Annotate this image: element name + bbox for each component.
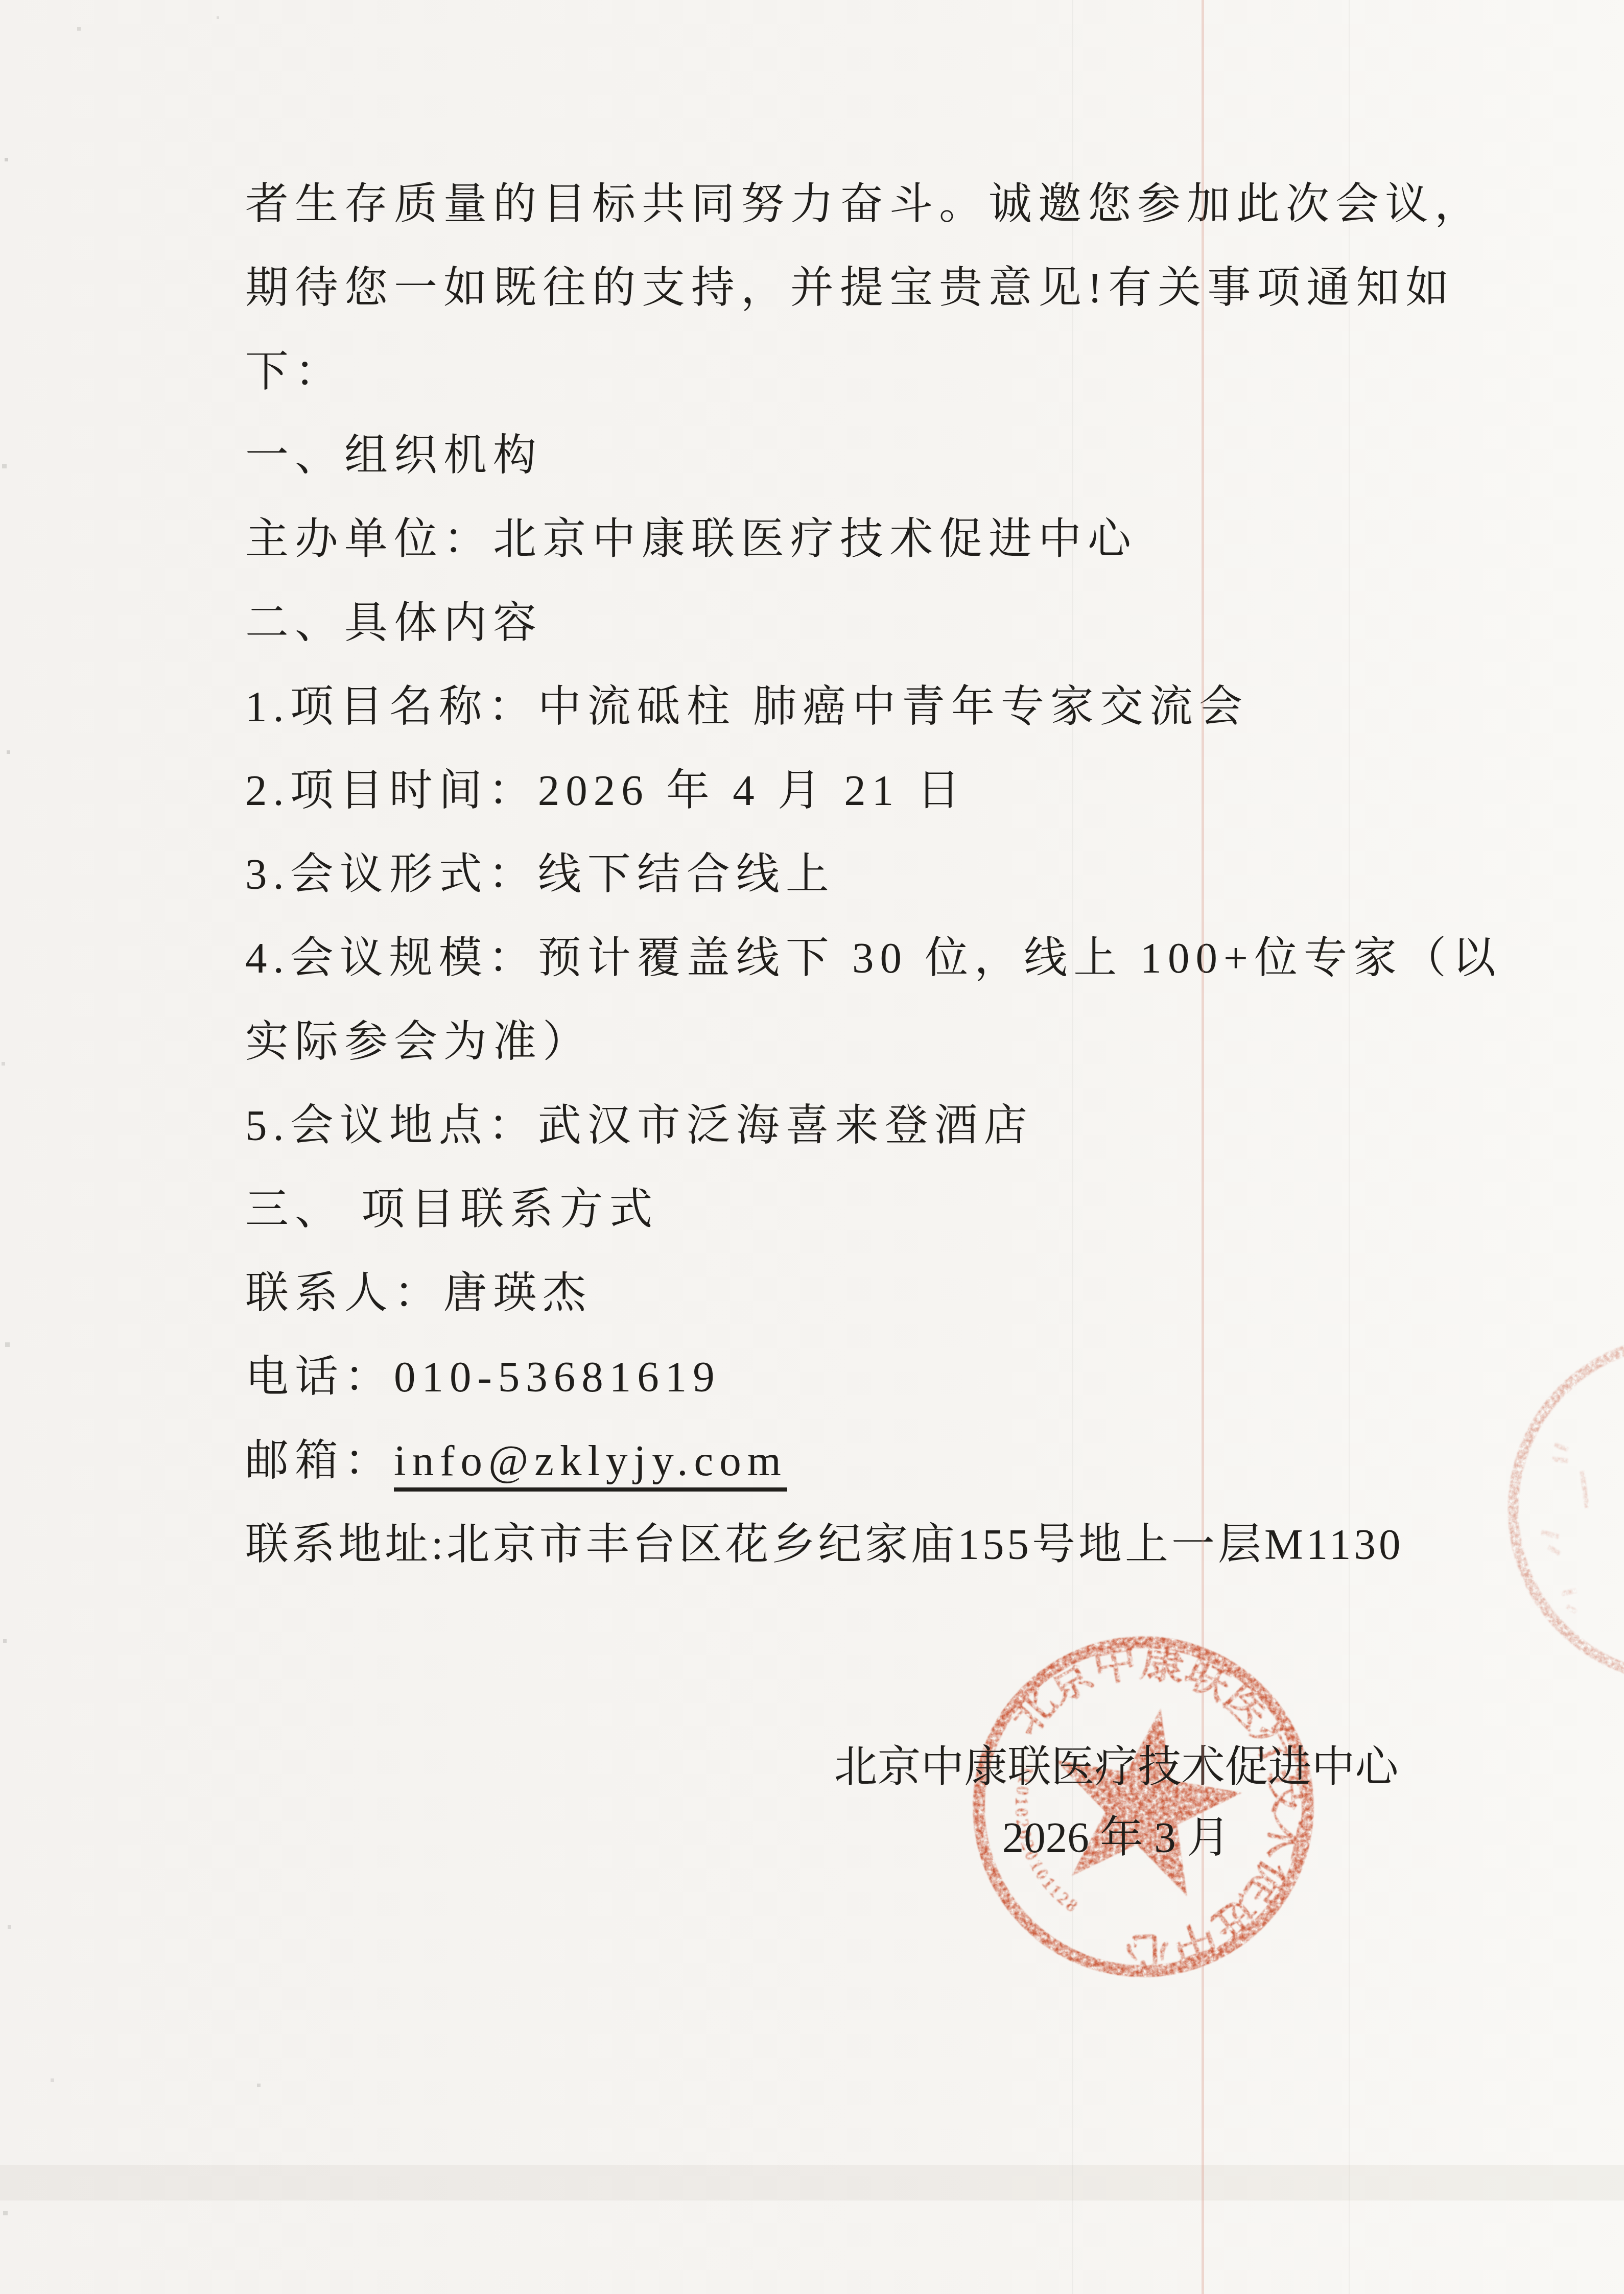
- email-label: 邮箱：: [245, 1437, 394, 1485]
- body-line: 期待您一如既往的支持，并提宝贵意见!有关事项通知如: [245, 246, 1522, 330]
- scanned-document-page: { "document": { "body_lines": [ { "text"…: [0, 0, 1624, 2294]
- signature-org: 北京中康联医疗技术促进中心: [833, 1732, 1400, 1803]
- signature-date: 2026 年 3 月: [833, 1803, 1400, 1873]
- body-line: 邮箱：info@zklyjy.com: [245, 1419, 1522, 1503]
- body-line: 5.会议地点：武汉市泛海喜来登酒店: [245, 1084, 1522, 1168]
- body-line: 主办单位：北京中康联医疗技术促进中心: [245, 498, 1522, 581]
- body-line: 联系人：唐瑛杰: [245, 1251, 1522, 1335]
- signature-block: 北京中康联医疗技术促进中心 2026 年 3 月: [833, 1732, 1400, 1873]
- body-line: 1.项目名称：中流砥柱 肺癌中青年专家交流会: [245, 665, 1522, 749]
- body-line: 电话：010-53681619: [245, 1335, 1522, 1419]
- body-line: 者生存质量的目标共同努力奋斗。诚邀您参加此次会议，: [245, 162, 1522, 246]
- paper-background: 者生存质量的目标共同努力奋斗。诚邀您参加此次会议，期待您一如既往的支持，并提宝贵…: [0, 0, 1624, 2294]
- scan-band-artifact: [0, 2165, 1624, 2201]
- body-line: 一、组织机构: [245, 414, 1522, 498]
- body-line: 实际参会为准）: [245, 1000, 1522, 1084]
- body-line: 2.项目时间：2026 年 4 月 21 日: [245, 749, 1522, 833]
- partial-stamp: [1505, 1318, 1624, 1706]
- email-address: info@zklyjy.com: [394, 1437, 787, 1492]
- body-line: 4.会议规模：预计覆盖线下 30 位，线上 100+位专家（以: [245, 916, 1522, 1000]
- partial-stamp-graphic: [1505, 1318, 1624, 1706]
- body-line: 联系地址:北京市丰台区花乡纪家庙155号地上一层M1130: [245, 1503, 1522, 1587]
- body-line: 3.会议形式：线下结合线上: [245, 833, 1522, 916]
- body-line: 下：: [245, 330, 1522, 414]
- body-line: 二、具体内容: [245, 581, 1522, 665]
- body-paragraph: 者生存质量的目标共同努力奋斗。诚邀您参加此次会议，期待您一如既往的支持，并提宝贵…: [245, 162, 1522, 1587]
- scan-speckles: [2, 77, 5, 79]
- body-line: 三、 项目联系方式: [245, 1168, 1522, 1251]
